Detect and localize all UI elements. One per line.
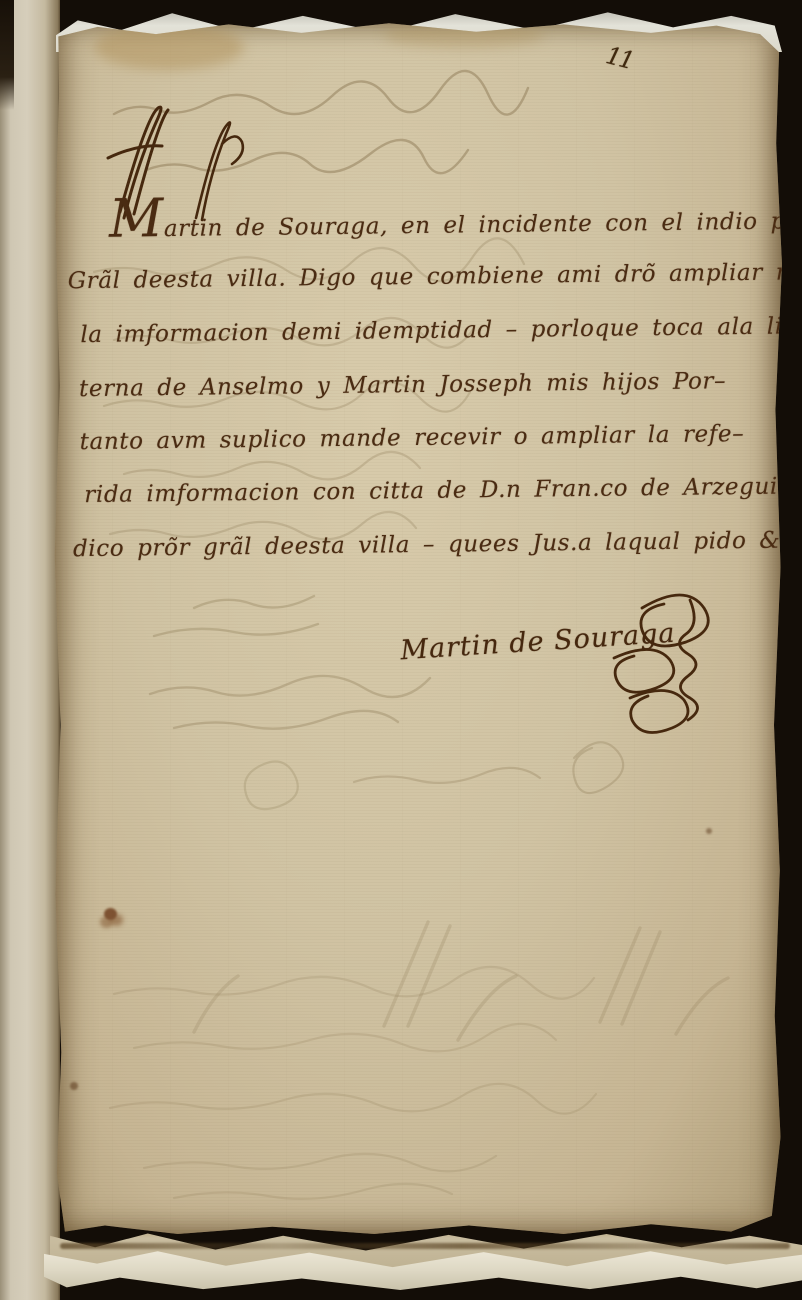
manuscript-photo: { "document": { "kind": "handwritten pet… <box>0 0 802 1300</box>
petition-text-block: Martin de Souraga, en el incidente con e… <box>47 18 790 1239</box>
manuscript-line-4: terna de Anselmo y Martin Josseph mis hi… <box>79 368 726 402</box>
binding-shadow <box>0 0 14 110</box>
manuscript-line-1: Martin de Souraga, en el incidente con e… <box>109 195 802 243</box>
manuscript-line-5: tanto avm suplico mande recevir o amplia… <box>80 421 745 455</box>
manuscript-line-2: Grãl deesta villa. Digo que combiene ami… <box>68 259 802 294</box>
manuscript-line-7: dico prõr grãl deesta villa – quees Jus.… <box>73 527 802 562</box>
manuscript-line-3: la imformacion demi idemptidad – porloqu… <box>80 312 802 348</box>
manuscript-line-6: rida imformacion con citta de D.n Fran.c… <box>84 473 802 508</box>
manuscript-page: 11 Martin de Souraga, en el incidente co… <box>54 22 782 1234</box>
signature: Martin de Souraga <box>399 618 676 667</box>
book-gutter-strip <box>0 0 60 1300</box>
page-stack-crease <box>60 1243 790 1249</box>
